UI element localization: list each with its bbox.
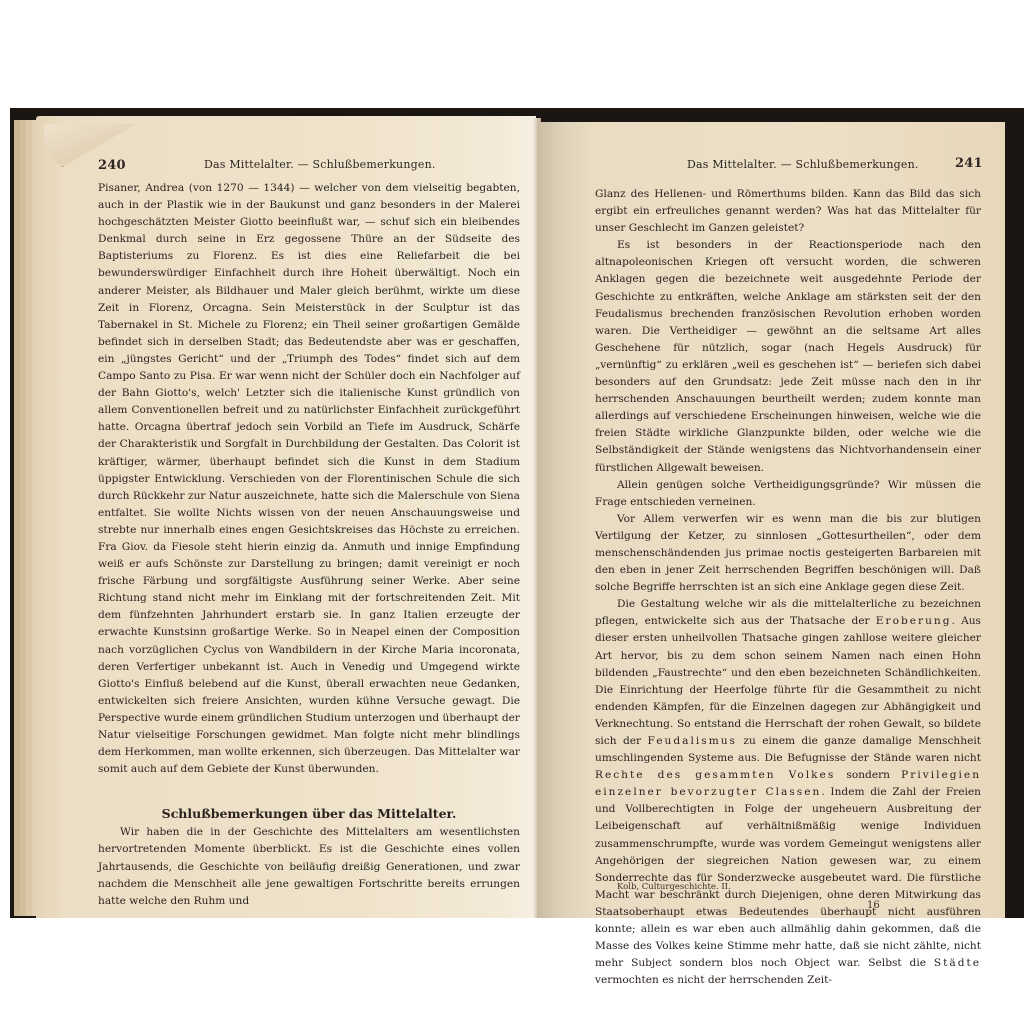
paragraph: Die Gestaltung welche wir als die mittel… [595,596,981,989]
running-head: Das Mittelalter. — Schlußbemerkungen. [687,158,919,171]
left-page-body: Pisaner, Andrea (von 1270 — 1344) — welc… [98,180,520,910]
text-run: vermochten es nicht der herrschenden Zei… [595,974,832,986]
text-run: sondern [835,769,901,781]
left-page: 240 Das Mittelalter. — Schlußbemerkungen… [36,116,536,918]
paragraph: Es ist besonders in der Reactionsperiode… [595,237,981,476]
emphasized-term: Feudalismus [648,735,737,747]
page-number: 240 [98,158,126,173]
paragraph: Vor Allem verwerfen wir es wenn man die … [595,511,981,596]
paragraph: Glanz des Hellenen- und Römerthums bilde… [595,186,981,237]
running-head: Das Mittelalter. — Schlußbemerkungen. [204,158,436,171]
section-title: Schlußbemerkungen über das Mittelalter. [98,805,520,822]
text-run: . Indem die Zahl der Freien und Vollbere… [595,786,981,969]
emphasized-term: Rechte des gesammten Volkes [595,769,835,781]
right-page: Das Mittelalter. — Schlußbemerkungen. 24… [537,122,1005,918]
open-book: 240 Das Mittelalter. — Schlußbemerkungen… [10,108,1024,918]
paragraph: Allein genügen solche Vertheidigungsgrün… [595,477,981,511]
paragraph: Wir haben die in der Geschichte des Mitt… [98,824,520,909]
emphasized-term: Eroberung [876,615,952,627]
right-page-body: Glanz des Hellenen- und Römerthums bilde… [595,186,981,989]
page-number: 241 [955,156,983,171]
paragraph: Pisaner, Andrea (von 1270 — 1344) — welc… [98,180,520,778]
sheet-number: 16 [867,900,880,911]
text-run: . Aus dieser ersten unheilvollen Thatsac… [595,615,981,747]
emphasized-term: Städte [934,957,981,969]
footer-signature: Kolb, Culturgeschichte. II. [617,882,731,892]
